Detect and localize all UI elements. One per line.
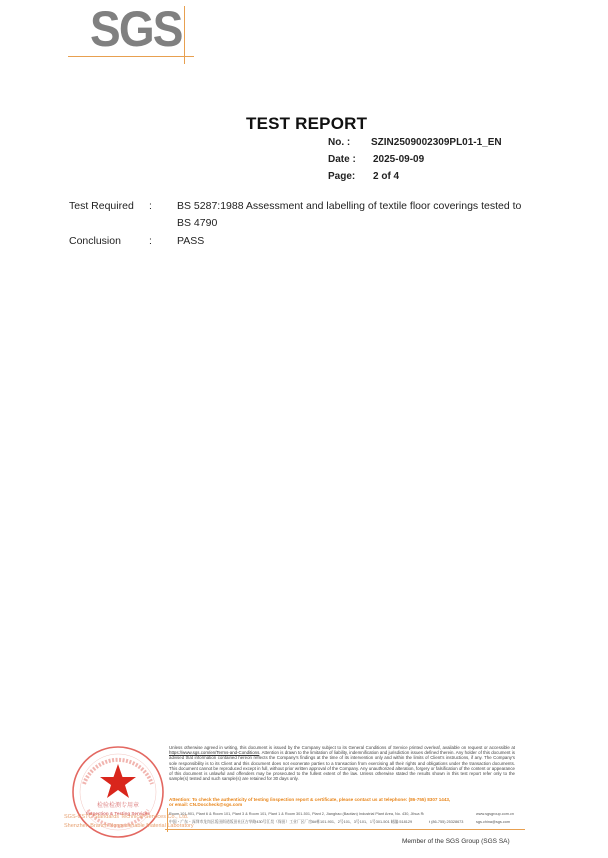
report-number: No. :SZIN2509002309PL01-1_EN bbox=[328, 137, 502, 148]
logo-vertical-line bbox=[184, 6, 185, 64]
field-label: Conclusion bbox=[69, 233, 149, 250]
disclaimer-text-post: . Attention is drawn to the limitation o… bbox=[169, 750, 515, 781]
authenticity-notice-line-2: or email: CN.Doccheck@sgs.com bbox=[169, 802, 519, 807]
phone-number: t (86-755) 25328673 bbox=[429, 818, 463, 826]
logo-text: SGS bbox=[90, 4, 182, 54]
report-page: Page:2 of 4 bbox=[328, 171, 399, 182]
website-link[interactable]: www.sgsgroup.com.cn bbox=[476, 810, 514, 818]
report-number-label: No. : bbox=[328, 137, 371, 148]
legal-disclaimer: Unless otherwise agreed in writing, this… bbox=[169, 745, 515, 781]
report-page-value: 2 of 4 bbox=[373, 171, 399, 182]
address-block: Room 101-901, Plant 6 & Room 101, Plant … bbox=[169, 810, 521, 826]
star-icon bbox=[100, 764, 136, 798]
field-colon: : bbox=[149, 198, 159, 215]
report-page-label: Page: bbox=[328, 171, 373, 182]
report-number-value: SZIN2509002309PL01-1_EN bbox=[371, 137, 502, 148]
svg-text:检验检测专用章: 检验检测专用章 bbox=[97, 801, 139, 809]
report-date: Date :2025-09-09 bbox=[328, 154, 424, 165]
authenticity-notice: Attention: To check the authenticity of … bbox=[169, 797, 519, 808]
footer-rule bbox=[165, 829, 525, 830]
address-english: Room 101-901, Plant 6 & Room 101, Plant … bbox=[169, 810, 424, 818]
field-value: PASS bbox=[177, 233, 537, 250]
logo-horizontal-line bbox=[68, 56, 194, 57]
address-chinese: 中国・广东・深圳市龙岗区坂田街道坂田社区吉华路430号江昊（保田）工业厂区厂房6… bbox=[169, 818, 424, 826]
sgs-logo: SGS bbox=[68, 0, 188, 62]
field-colon: : bbox=[149, 233, 159, 250]
report-date-label: Date : bbox=[328, 154, 373, 165]
email-link[interactable]: sgs.china@sgs.com bbox=[476, 818, 510, 826]
report-date-value: 2025-09-09 bbox=[373, 154, 424, 165]
field-value: BS 5287:1988 Assessment and labelling of… bbox=[177, 198, 537, 232]
report-title: TEST REPORT bbox=[246, 114, 367, 134]
member-of-sgs-group: Member of the SGS Group (SGS SA) bbox=[402, 838, 510, 845]
field-label: Test Required bbox=[69, 198, 149, 215]
